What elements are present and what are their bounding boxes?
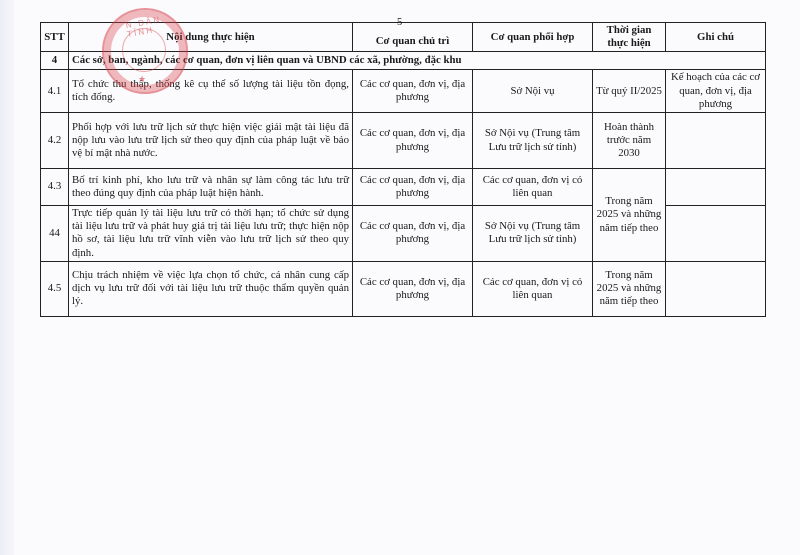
row-content: Trực tiếp quản lý tài liệu lưu trữ có th…	[69, 206, 353, 262]
section-row: 4 Các sở, ban, ngành, các cơ quan, đơn v…	[41, 52, 766, 70]
row-note	[666, 206, 766, 262]
row-content: Chịu trách nhiệm về việc lựa chọn tổ chứ…	[69, 261, 353, 316]
row-note: Kế hoạch của các cơ quan, đơn vị, địa ph…	[666, 70, 766, 113]
row-stt: 4.3	[41, 169, 69, 206]
row-content: Tổ chức thu thập, thống kê cụ thể số lượ…	[69, 70, 353, 113]
scan-seam	[0, 0, 14, 555]
row-time: Hoàn thành trước năm 2030	[593, 113, 666, 169]
row-lead: Các cơ quan, đơn vị, địa phương	[353, 206, 473, 262]
document-page: 5 STT Nội dung thực hiện Cơ quan chủ trì…	[0, 0, 800, 555]
row-lead: Các cơ quan, đơn vị, địa phương	[353, 261, 473, 316]
row-content: Bố trí kinh phí, kho lưu trữ và nhân sự …	[69, 169, 353, 206]
table-row: 4.5 Chịu trách nhiệm về việc lựa chọn tổ…	[41, 261, 766, 316]
row-time-merged: Trong năm 2025 và những năm tiếp theo	[593, 169, 666, 262]
row-note	[666, 169, 766, 206]
row-time: Trong năm 2025 và những năm tiếp theo	[593, 261, 666, 316]
row-note	[666, 113, 766, 169]
row-stt: 44	[41, 206, 69, 262]
row-stt: 4.1	[41, 70, 69, 113]
section-stt: 4	[41, 52, 69, 70]
row-stt: 4.5	[41, 261, 69, 316]
header-coordinate: Cơ quan phối hợp	[473, 23, 593, 52]
header-note: Ghi chú	[666, 23, 766, 52]
row-note	[666, 261, 766, 316]
row-coordinate: Các cơ quan, đơn vị có liên quan	[473, 261, 593, 316]
row-coordinate: Sở Nội vụ	[473, 70, 593, 113]
header-stt: STT	[41, 23, 69, 52]
section-title: Các sở, ban, ngành, các cơ quan, đơn vị …	[69, 52, 766, 70]
row-coordinate: Sở Nội vụ (Trung tâm Lưu trữ lịch sử tỉn…	[473, 206, 593, 262]
plan-table: STT Nội dung thực hiện Cơ quan chủ trì C…	[40, 22, 766, 317]
header-lead: Cơ quan chủ trì	[353, 23, 473, 52]
table-row: 4.3 Bố trí kinh phí, kho lưu trữ và nhân…	[41, 169, 766, 206]
row-lead: Các cơ quan, đơn vị, địa phương	[353, 113, 473, 169]
row-coordinate: Các cơ quan, đơn vị có liên quan	[473, 169, 593, 206]
header-time: Thời gian thực hiện	[593, 23, 666, 52]
row-lead: Các cơ quan, đơn vị, địa phương	[353, 169, 473, 206]
row-lead: Các cơ quan, đơn vị, địa phương	[353, 70, 473, 113]
row-stt: 4.2	[41, 113, 69, 169]
row-coordinate: Sở Nội vụ (Trung tâm Lưu trữ lịch sử tỉn…	[473, 113, 593, 169]
header-row: STT Nội dung thực hiện Cơ quan chủ trì C…	[41, 23, 766, 52]
header-content: Nội dung thực hiện	[69, 23, 353, 52]
row-time: Từ quý II/2025	[593, 70, 666, 113]
table-row: 4.1 Tổ chức thu thập, thống kê cụ thể số…	[41, 70, 766, 113]
table-row: 4.2 Phối hợp với lưu trữ lịch sử thực hi…	[41, 113, 766, 169]
row-content: Phối hợp với lưu trữ lịch sử thực hiện v…	[69, 113, 353, 169]
